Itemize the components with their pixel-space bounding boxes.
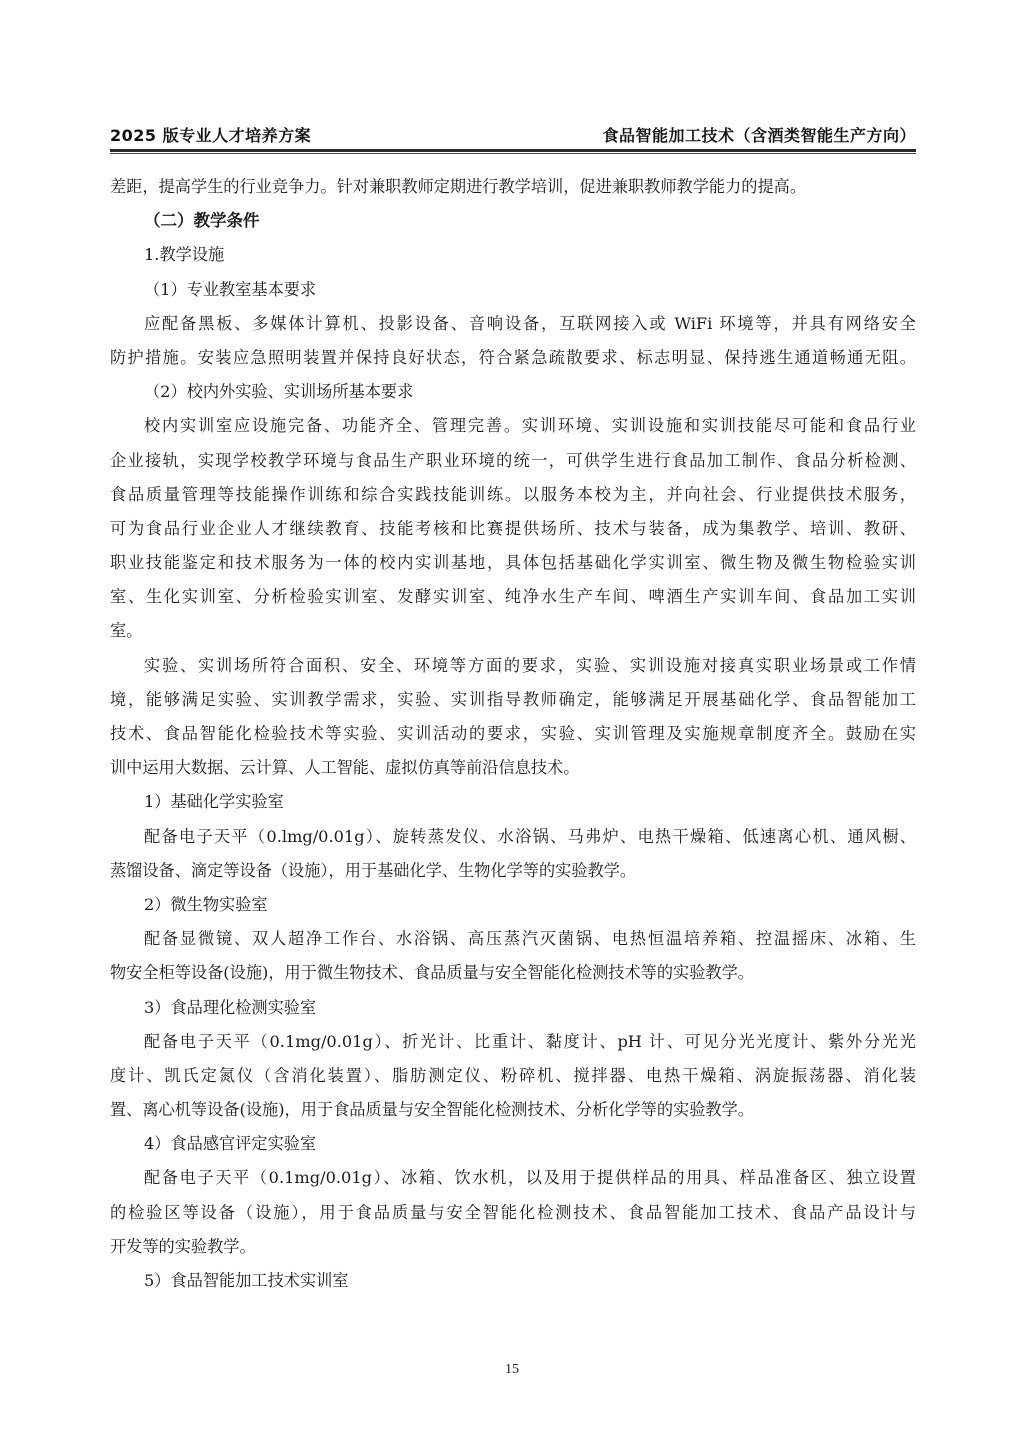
text-line: 境，能够满足实验、实训教学需求，实验、实训指导教师确定，能够满足开展基础化学、食… bbox=[110, 683, 916, 717]
text-line: 差距，提高学生的行业竞争力。针对兼职教师定期进行教学培训，促进兼职教师教学能力的… bbox=[110, 170, 916, 204]
text-line: 训中运用大数据、云计算、人工智能、虚拟仿真等前沿信息技术。 bbox=[110, 751, 916, 785]
text-line: 实验、实训场所符合面积、安全、环境等方面的要求，实验、实训设施对接真实职业场景或… bbox=[110, 649, 916, 683]
text-line: 校内实训室应设施完备、功能齐全、管理完善。实训环境、实训设施和实训技能尽可能和食… bbox=[110, 409, 916, 443]
text-line: 蒸馏设备、滴定等设备（设施），用于基础化学、生物化学等的实验教学。 bbox=[110, 854, 916, 888]
text-line: （2）校内外实验、实训场所基本要求 bbox=[110, 375, 916, 409]
text-line: 配备电子天平（0.1mg/0.01g）、折光计、比重计、黏度计、pH 计、可见分… bbox=[110, 1025, 916, 1059]
text-line: 应配备黑板、多媒体计算机、投影设备、音响设备，互联网接入或 WiFi 环境等，并… bbox=[110, 307, 916, 341]
text-line: 食品质量管理等技能操作训练和综合实践技能训练。以服务本校为主，并向社会、行业提供… bbox=[110, 478, 916, 512]
text-line: 2）微生物实验室 bbox=[110, 888, 916, 922]
text-line: 职业技能鉴定和技术服务为一体的校内实训基地，具体包括基础化学实训室、微生物及微生… bbox=[110, 546, 916, 580]
text-line: 物安全柜等设备(设施)，用于微生物技术、食品质量与安全智能化检测技术等的实验教学… bbox=[110, 956, 916, 990]
text-line: 的检验区等设备（设施），用于食品质量与安全智能化检测技术、食品智能加工技术、食品… bbox=[110, 1196, 916, 1230]
text-line: 配备电子天平（0.1mg/0.01g）、冰箱、饮水机，以及用于提供样品的用具、样… bbox=[110, 1161, 916, 1195]
text-line: 配备电子天平（0.lmg/0.01g）、旋转蒸发仪、水浴锅、马弗炉、电热干燥箱、… bbox=[110, 820, 916, 854]
text-line: 1）基础化学实验室 bbox=[110, 785, 916, 819]
text-line: 室。 bbox=[110, 614, 916, 648]
text-line: 开发等的实验教学。 bbox=[110, 1230, 916, 1264]
section-heading: （二）教学条件 bbox=[110, 204, 916, 238]
text-line: 企业接轨，实现学校教学环境与食品生产职业环境的统一，可供学生进行食品加工制作、食… bbox=[110, 444, 916, 478]
header-rule-thick bbox=[110, 149, 916, 152]
header-right-title: 食品智能加工技术（含酒类智能生产方向） bbox=[602, 123, 916, 146]
text-line: 室、生化实训室、分析检验实训室、发酵实训室、纯净水生产车间、啤酒生产实训车间、食… bbox=[110, 580, 916, 614]
page-number: 15 bbox=[0, 1362, 1024, 1378]
text-line: 置、离心机等设备(设施)，用于食品质量与安全智能化检测技术、分析化学等的实验教学… bbox=[110, 1093, 916, 1127]
text-line: 5）食品智能加工技术实训室 bbox=[110, 1264, 916, 1298]
document-page: 2025 版专业人才培养方案 食品智能加工技术（含酒类智能生产方向） 差距，提高… bbox=[0, 0, 1024, 1448]
header-left-title: 2025 版专业人才培养方案 bbox=[110, 123, 311, 146]
text-line: 可为食品行业企业人才继续教育、技能考核和比赛提供场所、技术与装备，成为集教学、培… bbox=[110, 512, 916, 546]
running-header: 2025 版专业人才培养方案 食品智能加工技术（含酒类智能生产方向） bbox=[110, 124, 916, 146]
text-line: 防护措施。安装应急照明装置并保持良好状态，符合紧急疏散要求、标志明显、保持逃生通… bbox=[110, 341, 916, 375]
text-line: 1.教学设施 bbox=[110, 238, 916, 272]
body-text: 差距，提高学生的行业竞争力。针对兼职教师定期进行教学培训，促进兼职教师教学能力的… bbox=[110, 170, 916, 1298]
text-line: 4）食品感官评定实验室 bbox=[110, 1127, 916, 1161]
header-rule bbox=[110, 149, 916, 155]
text-line: 度计、凯氏定氮仪（含消化装置）、脂肪测定仪、粉碎机、搅拌器、电热干燥箱、涡旋振荡… bbox=[110, 1059, 916, 1093]
text-line: 技术、食品智能化检验技术等实验、实训活动的要求，实验、实训管理及实施规章制度齐全… bbox=[110, 717, 916, 751]
text-line: 配备显微镜、双人超净工作台、水浴锅、高压蒸汽灭菌锅、电热恒温培养箱、控温摇床、冰… bbox=[110, 922, 916, 956]
text-line: 3）食品理化检测实验室 bbox=[110, 991, 916, 1025]
header-rule-thin bbox=[110, 153, 916, 154]
text-line: （1）专业教室基本要求 bbox=[110, 273, 916, 307]
